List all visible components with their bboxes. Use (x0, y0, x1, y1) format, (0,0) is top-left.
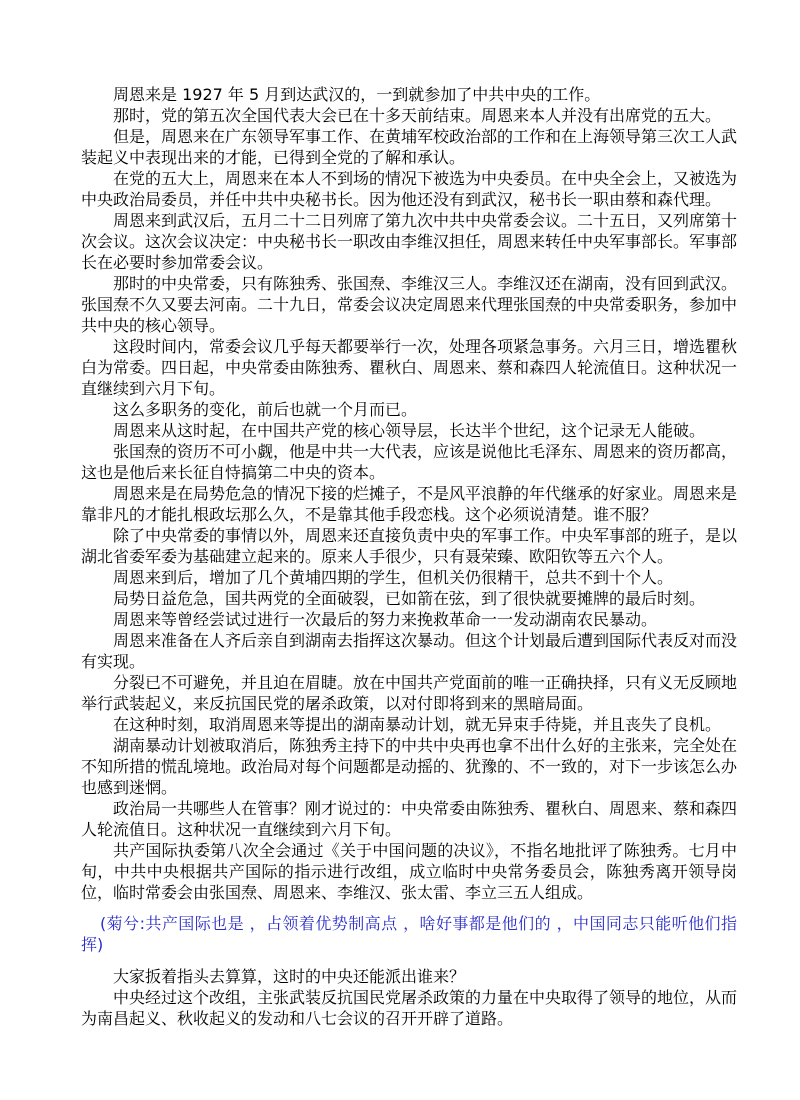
body-paragraph: 在党的五大上，周恩来在本人不到场的情况下被选为中央委员。在中央全会上，又被选为中… (81, 168, 737, 210)
body-paragraph: 周恩来是 1927 年 5 月到达武汉的，一到就参加了中共中央的工作。 (81, 84, 737, 105)
body-paragraph: 周恩来到后，增加了几个黄埔四期的学生，但机关仍很精干，总共不到十个人。 (81, 567, 737, 588)
body-paragraph: 周恩来从这时起，在中国共产党的核心领导层，长达半个世纪，这个记录无人能破。 (81, 420, 737, 441)
body-paragraph: 这么多职务的变化，前后也就一个月而已。 (81, 399, 737, 420)
body-paragraph: 除了中央常委的事情以外，周恩来还直接负责中央的军事工作。中央军事部的班子，是以湖… (81, 525, 737, 567)
reader-note: (菊兮:共产国际也是 ，占领着优势制高点 ，啥好事都是他们的 ，中国同志只能听他… (81, 913, 737, 955)
body-paragraph: 中央经过这个改组，主张武装反抗国民党屠杀政策的力量在中央取得了领导的地位，从而为… (81, 987, 737, 1029)
body-paragraph: 张国焘的资历不可小觑，他是中共一大代表，应该是说他比毛泽东、周恩来的资历都高，这… (81, 441, 737, 483)
body-paragraph: 那时的中央常委，只有陈独秀、张国焘、李维汉三人。李维汉还在湖南，没有回到武汉。张… (81, 273, 737, 336)
document-page: 周恩来是 1927 年 5 月到达武汉的，一到就参加了中共中央的工作。那时，党的… (0, 0, 800, 1100)
body-paragraph: 政治局一共哪些人在管事？刚才说过的：中央常委由陈独秀、瞿秋白、周恩来、蔡和森四人… (81, 798, 737, 840)
body-paragraph: 周恩来等曾经尝试过进行一次最后的努力来挽救革命一一发动湖南农民暴动。 (81, 609, 737, 630)
document-body: 周恩来是 1927 年 5 月到达武汉的，一到就参加了中共中央的工作。那时，党的… (81, 84, 737, 1029)
body-paragraph: 在这种时刻，取消周恩来等提出的湖南暴动计划，就无异束手待毙，并且丧失了良机。 (81, 714, 737, 735)
body-paragraph: 周恩来到武汉后，五月二十二日列席了第九次中共中央常委会议。二十五日，又列席第十次… (81, 210, 737, 273)
body-paragraph: 但是，周恩来在广东领导军事工作、在黄埔军校政治部的工作和在上海领导第三次工人武装… (81, 126, 737, 168)
body-paragraph: 周恩来准备在人齐后亲自到湖南去指挥这次暴动。但这个计划最后遭到国际代表反对而没有… (81, 630, 737, 672)
body-paragraph: 共产国际执委第八次全会通过《关于中国问题的决议》，不指名地批评了陈独秀。七月中旬… (81, 840, 737, 903)
body-paragraph: 大家扳着指头去算算，这时的中央还能派出谁来？ (81, 966, 737, 987)
body-paragraph: 局势日益危急，国共两党的全面破裂，已如箭在弦，到了很快就要摊牌的最后时刻。 (81, 588, 737, 609)
body-paragraph: 那时，党的第五次全国代表大会已在十多天前结束。周恩来本人并没有出席党的五大。 (81, 105, 737, 126)
body-paragraph: 周恩来是在局势危急的情况下接的烂摊子，不是风平浪静的年代继承的好家业。周恩来是靠… (81, 483, 737, 525)
body-paragraph: 湖南暴动计划被取消后，陈独秀主持下的中共中央再也拿不出什么好的主张来，完全处在不… (81, 735, 737, 798)
body-paragraph: 分裂已不可避免，并且迫在眉睫。放在中国共产党面前的唯一正确抉择，只有义无反顾地举… (81, 672, 737, 714)
body-paragraph: 这段时间内，常委会议几乎每天都要举行一次，处理各项紧急事务。六月三日，增选瞿秋白… (81, 336, 737, 399)
